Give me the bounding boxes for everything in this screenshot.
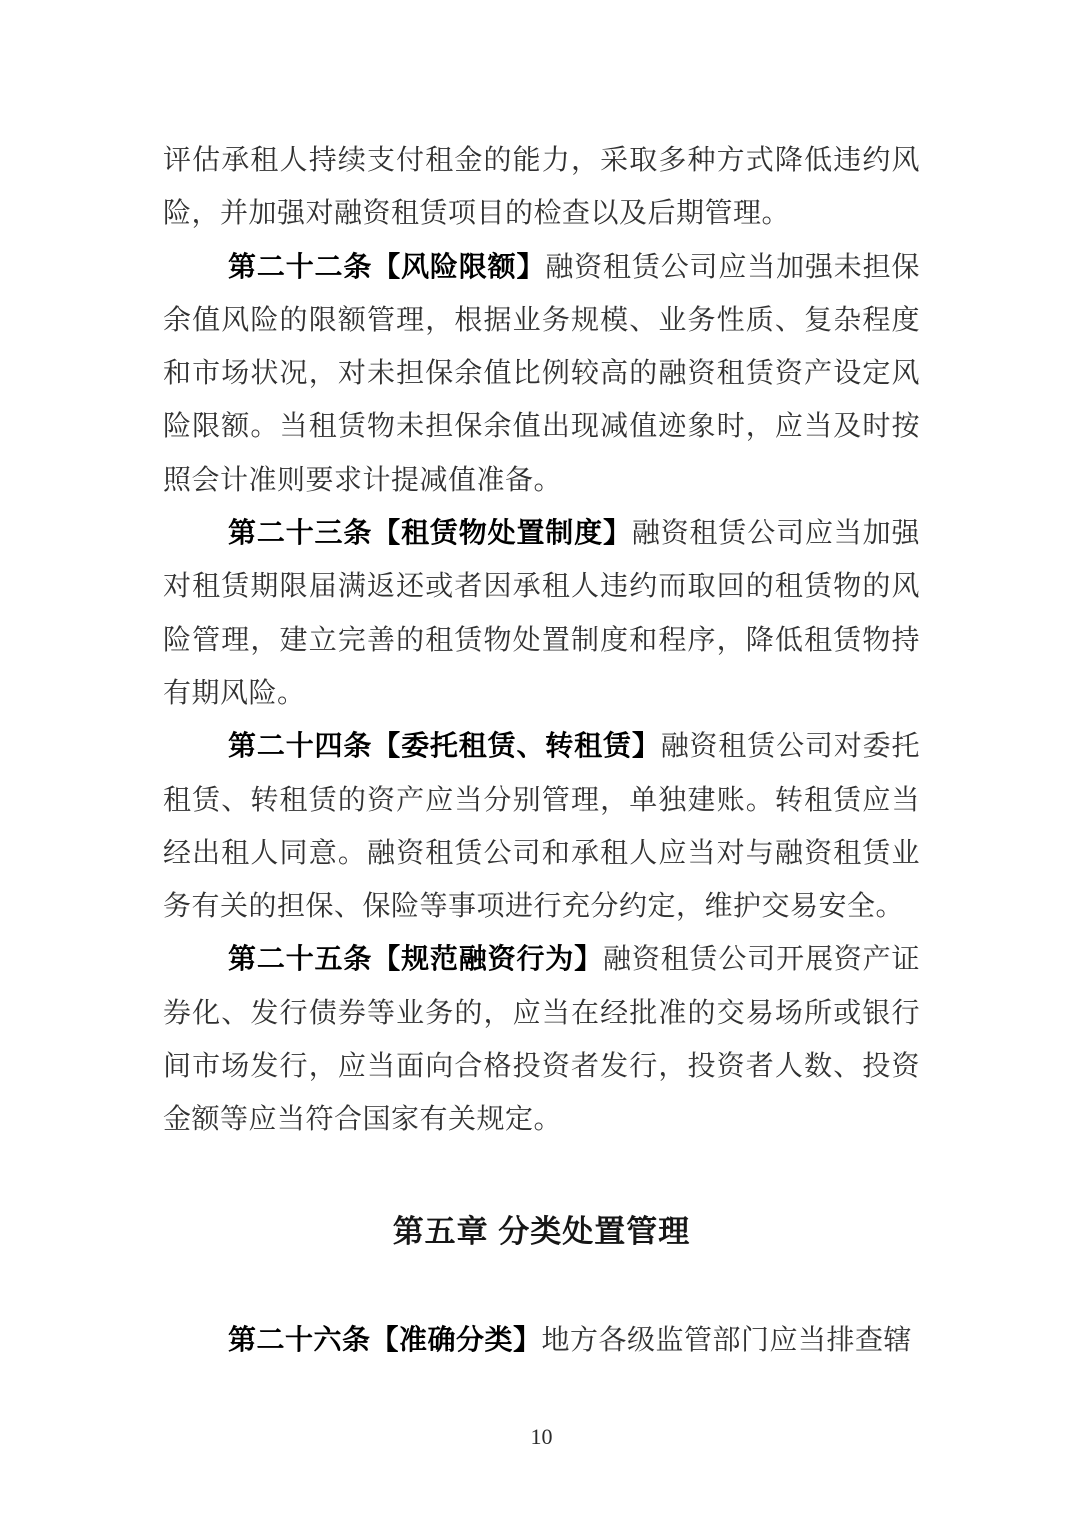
chapter-heading: 第五章 分类处置管理 — [163, 1205, 920, 1258]
article-label: 第二十二条【风险限额】 — [228, 252, 545, 283]
article-paragraph: 第二十六条【准确分类】地方各级监管部门应当排查辖 — [163, 1314, 920, 1367]
article-label: 第二十三条【租赁物处置制度】 — [228, 518, 632, 549]
paragraph-text: 评估承租人持续支付租金的能力，采取多种方式降低违约风险，并加强对融资租赁项目的检… — [163, 145, 920, 229]
page-footer: 10 — [163, 1409, 920, 1462]
article-label: 第二十五条【规范融资行为】 — [228, 944, 603, 975]
article-label: 第二十四条【委托租赁、转租赁】 — [228, 731, 661, 762]
document-page: 评估承租人持续支付租金的能力，采取多种方式降低违约风险，并加强对融资租赁项目的检… — [0, 0, 1080, 1527]
article-paragraph: 第二十二条【风险限额】融资租赁公司应当加强未担保余值风险的限额管理，根据业务规模… — [163, 241, 920, 507]
document-body: 评估承租人持续支付租金的能力，采取多种方式降低违约风险，并加强对融资租赁项目的检… — [163, 134, 920, 1367]
paragraph-text: 地方各级监管部门应当排查辖 — [542, 1325, 913, 1356]
paragraph-text: 融资租赁公司应当加强未担保余值风险的限额管理，根据业务规模、业务性质、复杂程度和… — [163, 252, 920, 496]
article-paragraph: 第二十三条【租赁物处置制度】融资租赁公司应当加强对租赁期限届满返还或者因承租人违… — [163, 507, 920, 720]
article-paragraph: 第二十五条【规范融资行为】融资租赁公司开展资产证券化、发行债券等业务的，应当在经… — [163, 933, 920, 1146]
page-number: 10 — [531, 1422, 553, 1452]
article-paragraph: 第二十四条【委托租赁、转租赁】融资租赁公司对委托租赁、转租赁的资产应当分别管理，… — [163, 720, 920, 933]
article-label: 第二十六条【准确分类】 — [228, 1325, 542, 1356]
paragraph: 评估承租人持续支付租金的能力，采取多种方式降低违约风险，并加强对融资租赁项目的检… — [163, 134, 920, 241]
